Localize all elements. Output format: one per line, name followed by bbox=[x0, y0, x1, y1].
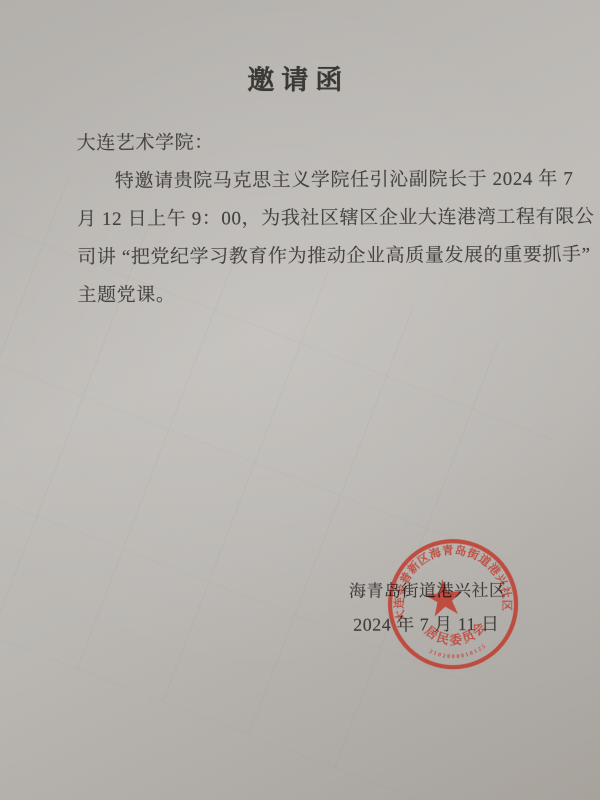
seal-arc-text-top: 大连金普新区海青岛街道港兴社区 bbox=[385, 537, 515, 625]
body-line: 月 12 日上午 9：00，为我社区辖区企业大连港湾工程有限公 bbox=[77, 199, 537, 239]
letter-body: 大连艺术学院： 特邀请贵院马克思主义学院任引沁副院长于 2024 年 7 月 1… bbox=[77, 123, 538, 315]
photographed-invitation-letter: 邀请函 大连艺术学院： 特邀请贵院马克思主义学院任引沁副院长于 2024 年 7… bbox=[0, 0, 600, 800]
body-line: 主题党课。 bbox=[77, 275, 537, 315]
star-icon bbox=[423, 577, 465, 617]
body-line: 特邀请贵院马克思主义学院任引沁副院长于 2024 年 7 bbox=[77, 161, 537, 201]
document-title: 邀请函 bbox=[0, 56, 598, 98]
seal-arc-text-bottom: 居民委员会 bbox=[421, 617, 490, 651]
salutation: 大连艺术学院： bbox=[77, 123, 537, 163]
letter-content: 邀请函 大连艺术学院： 特邀请贵院马克思主义学院任引沁副院长于 2024 年 7… bbox=[0, 0, 600, 800]
body-line: 司讲 “把党纪学习教育作为推动企业高质量发展的重要抓手” bbox=[77, 237, 537, 277]
official-seal: 大连金普新区海青岛街道港兴社区 居民委员会 2102000010125 bbox=[374, 527, 532, 682]
